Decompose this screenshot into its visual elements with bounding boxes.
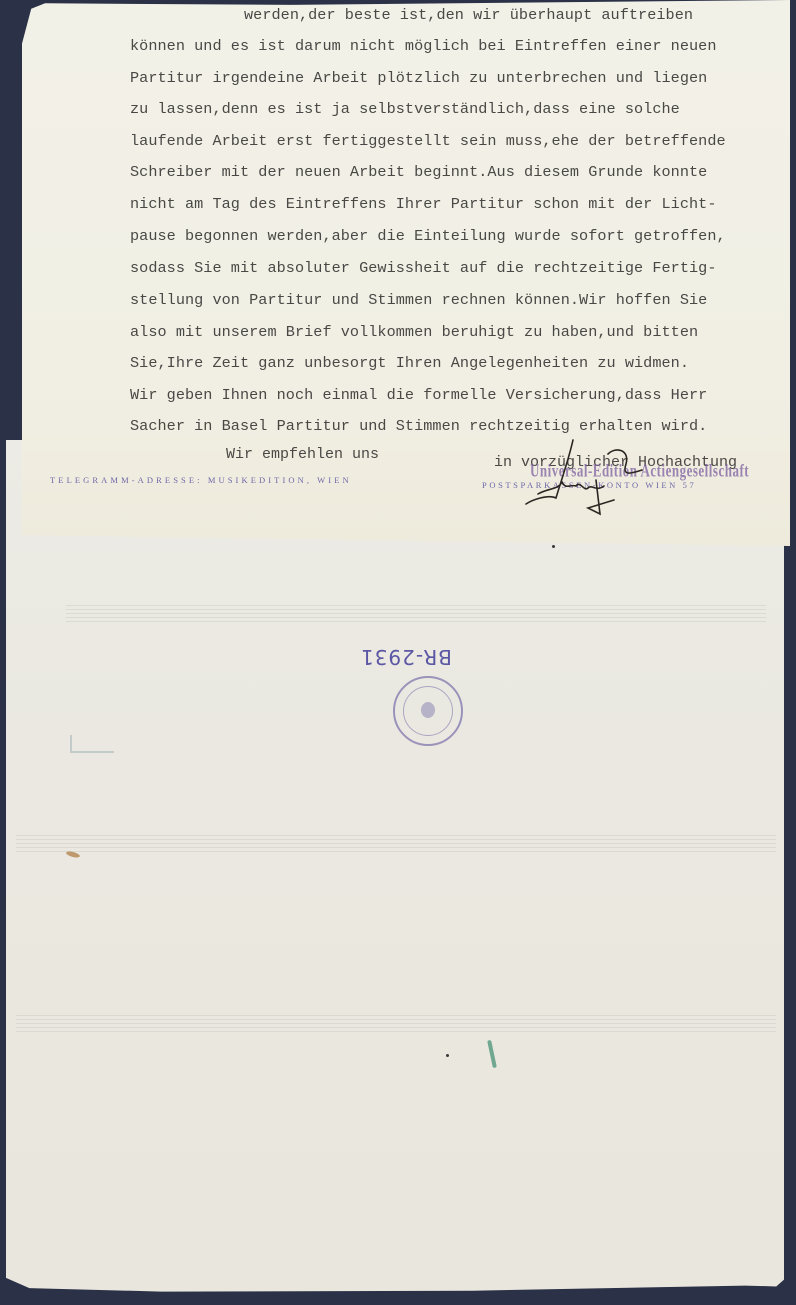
signature: [518, 432, 648, 522]
body-line: Wir geben Ihnen noch einmal die formelle…: [130, 386, 707, 404]
green-pencil-mark: [487, 1040, 497, 1068]
body-line: also mit unserem Brief vollkommen beruhi…: [130, 323, 698, 341]
body-line: Schreiber mit der neuen Arbeit beginnt.A…: [130, 163, 707, 181]
library-stamp: [393, 676, 463, 746]
archive-mark: BR-2931: [360, 645, 452, 669]
faint-staff: [16, 835, 776, 853]
body-line: nicht am Tag des Eintreffens Ihrer Parti…: [130, 195, 717, 213]
body-line: pause begonnen werden,aber die Einteilun…: [130, 227, 726, 245]
library-stamp-emblem-icon: [421, 702, 435, 718]
speck: [552, 545, 555, 548]
body-line: Sie,Ihre Zeit ganz unbesorgt Ihren Angel…: [130, 354, 689, 372]
faint-ink-mark: [70, 735, 114, 753]
body-line: stellung von Partitur und Stimmen rechne…: [130, 291, 707, 309]
bottom-sheet-music-manuscript: [6, 440, 784, 1295]
body-line: zu lassen,denn es ist ja selbstverständl…: [130, 100, 680, 118]
body-line: können und es ist darum nicht möglich be…: [130, 37, 717, 55]
body-line: werden,der beste ist,den wir überhaupt a…: [244, 6, 693, 24]
closing-left: Wir empfehlen uns: [226, 446, 379, 463]
faint-staff: [16, 1015, 776, 1033]
body-line: Partitur irgendeine Arbeit plötzlich zu …: [130, 69, 707, 87]
speck: [446, 1054, 449, 1057]
telegram-address: TELEGRAMM-ADRESSE: MUSIKEDITION, WIEN: [50, 475, 352, 485]
body-line: sodass Sie mit absoluter Gewissheit auf …: [130, 259, 717, 277]
body-line: laufende Arbeit erst fertiggestellt sein…: [130, 132, 726, 150]
faint-staff: [66, 605, 766, 623]
